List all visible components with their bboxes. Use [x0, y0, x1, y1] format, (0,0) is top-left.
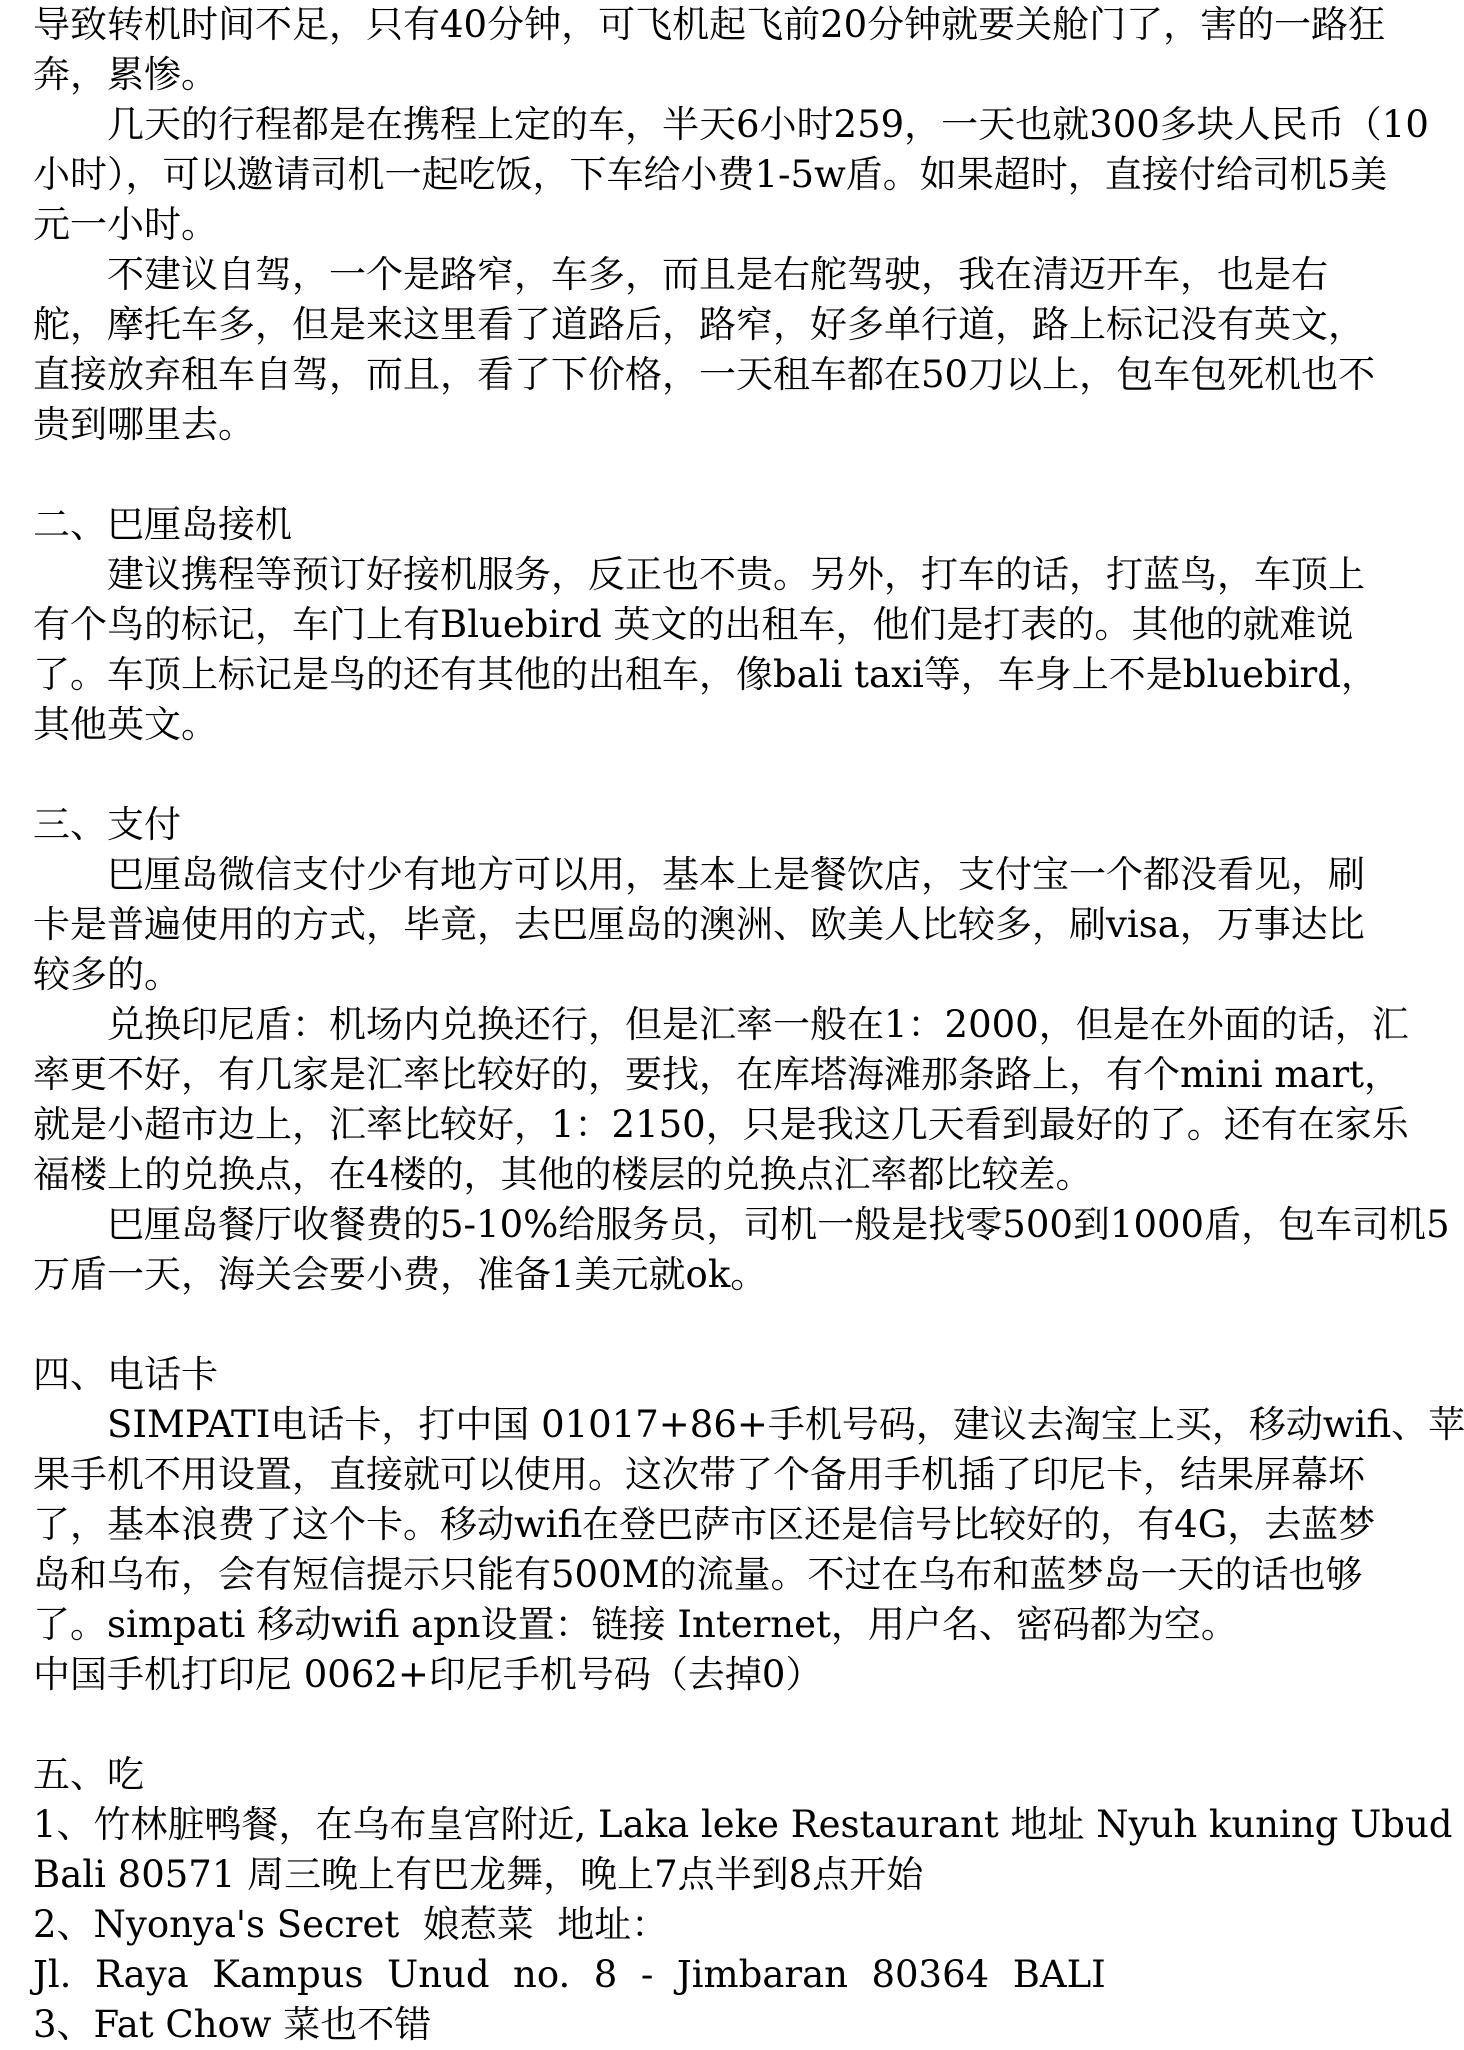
document-body: 导致转机时间不足，只有40分钟，可飞机起飞前20分钟就要关舱门了，害的一路狂 奔… — [33, 0, 1436, 2050]
text-line: 率更不好，有几家是汇率比较好的，要找，在库塔海滩那条路上，有个mini mart… — [33, 1050, 1436, 1100]
list-item-restaurant-3: 3、Fat Chow 菜也不错 — [33, 2000, 1436, 2050]
text-line: 舵，摩托车多，但是来这里看了道路后，路窄，好多单行道，路上标记没有英文， — [33, 300, 1436, 350]
text-line: 万盾一天，海关会要小费，准备1美元就ok。 — [33, 1250, 1436, 1300]
list-item-restaurant-2-address: Jl. Raya Kampus Unud no. 8 - Jimbaran 80… — [33, 1950, 1436, 2000]
text-line: 了。simpati 移动wifi apn设置：链接 Internet，用户名、密… — [33, 1600, 1436, 1650]
document-page: 导致转机时间不足，只有40分钟，可飞机起飞前20分钟就要关舱门了，害的一路狂 奔… — [0, 0, 1464, 2050]
section-heading-phone-card: 四、电话卡 — [33, 1350, 1436, 1400]
list-item-restaurant-1-cont: Bali 80571 周三晚上有巴龙舞，晚上7点半到8点开始 — [33, 1850, 1436, 1900]
text-line: 中国手机打印尼 0062+印尼手机号码（去掉0） — [33, 1650, 1436, 1700]
text-line: 贵到哪里去。 — [33, 400, 1436, 450]
text-line: 有个鸟的标记，车门上有Bluebird 英文的出租车，他们是打表的。其他的就难说 — [33, 600, 1436, 650]
text-line: 兑换印尼盾：机场内兑换还行，但是汇率一般在1：2000，但是在外面的话，汇 — [33, 1000, 1436, 1050]
blank-line — [33, 1300, 1436, 1350]
text-line: 福楼上的兑换点，在4楼的，其他的楼层的兑换点汇率都比较差。 — [33, 1150, 1436, 1200]
text-line: 导致转机时间不足，只有40分钟，可飞机起飞前20分钟就要关舱门了，害的一路狂 — [33, 0, 1436, 50]
text-line: 元一小时。 — [33, 200, 1436, 250]
text-line: 奔，累惨。 — [33, 50, 1436, 100]
section-heading-payment: 三、支付 — [33, 800, 1436, 850]
text-line: 直接放弃租车自驾，而且，看了下价格，一天租车都在50刀以上，包车包死机也不 — [33, 350, 1436, 400]
text-line: 其他英文。 — [33, 700, 1436, 750]
text-line: 不建议自驾，一个是路窄，车多，而且是右舵驾驶，我在清迈开车，也是右 — [33, 250, 1436, 300]
section-heading-airport-pickup: 二、巴厘岛接机 — [33, 500, 1436, 550]
text-line: 巴厘岛餐厅收餐费的5-10%给服务员，司机一般是找零500到1000盾，包车司机… — [33, 1200, 1436, 1250]
text-line: 较多的。 — [33, 950, 1436, 1000]
blank-line — [33, 450, 1436, 500]
blank-line — [33, 1700, 1436, 1750]
text-line: 了，基本浪费了这个卡。移动wifi在登巴萨市区还是信号比较好的，有4G，去蓝梦 — [33, 1500, 1436, 1550]
list-item-restaurant-1: 1、竹林脏鸭餐，在乌布皇宫附近, Laka leke Restaurant 地址… — [33, 1800, 1436, 1850]
blank-line — [33, 750, 1436, 800]
text-line: 巴厘岛微信支付少有地方可以用，基本上是餐饮店，支付宝一个都没看见，刷 — [33, 850, 1436, 900]
text-line: SIMPATI电话卡，打中国 01017+86+手机号码，建议去淘宝上买，移动w… — [33, 1400, 1436, 1450]
section-heading-eating: 五、吃 — [33, 1750, 1436, 1800]
text-line: 小时），可以邀请司机一起吃饭，下车给小费1-5w盾。如果超时，直接付给司机5美 — [33, 150, 1436, 200]
text-line: 几天的行程都是在携程上定的车，半天6小时259，一天也就300多块人民币（10 — [33, 100, 1436, 150]
text-line: 就是小超市边上，汇率比较好，1：2150，只是我这几天看到最好的了。还有在家乐 — [33, 1100, 1436, 1150]
text-line: 果手机不用设置，直接就可以使用。这次带了个备用手机插了印尼卡，结果屏幕坏 — [33, 1450, 1436, 1500]
text-line: 建议携程等预订好接机服务，反正也不贵。另外，打车的话，打蓝鸟，车顶上 — [33, 550, 1436, 600]
text-line: 了。车顶上标记是鸟的还有其他的出租车，像bali taxi等，车身上不是blue… — [33, 650, 1436, 700]
text-line: 岛和乌布，会有短信提示只能有500M的流量。不过在乌布和蓝梦岛一天的话也够 — [33, 1550, 1436, 1600]
text-line: 卡是普遍使用的方式，毕竟，去巴厘岛的澳洲、欧美人比较多，刷visa，万事达比 — [33, 900, 1436, 950]
list-item-restaurant-2: 2、Nyonya's Secret 娘惹菜 地址： — [33, 1900, 1436, 1950]
